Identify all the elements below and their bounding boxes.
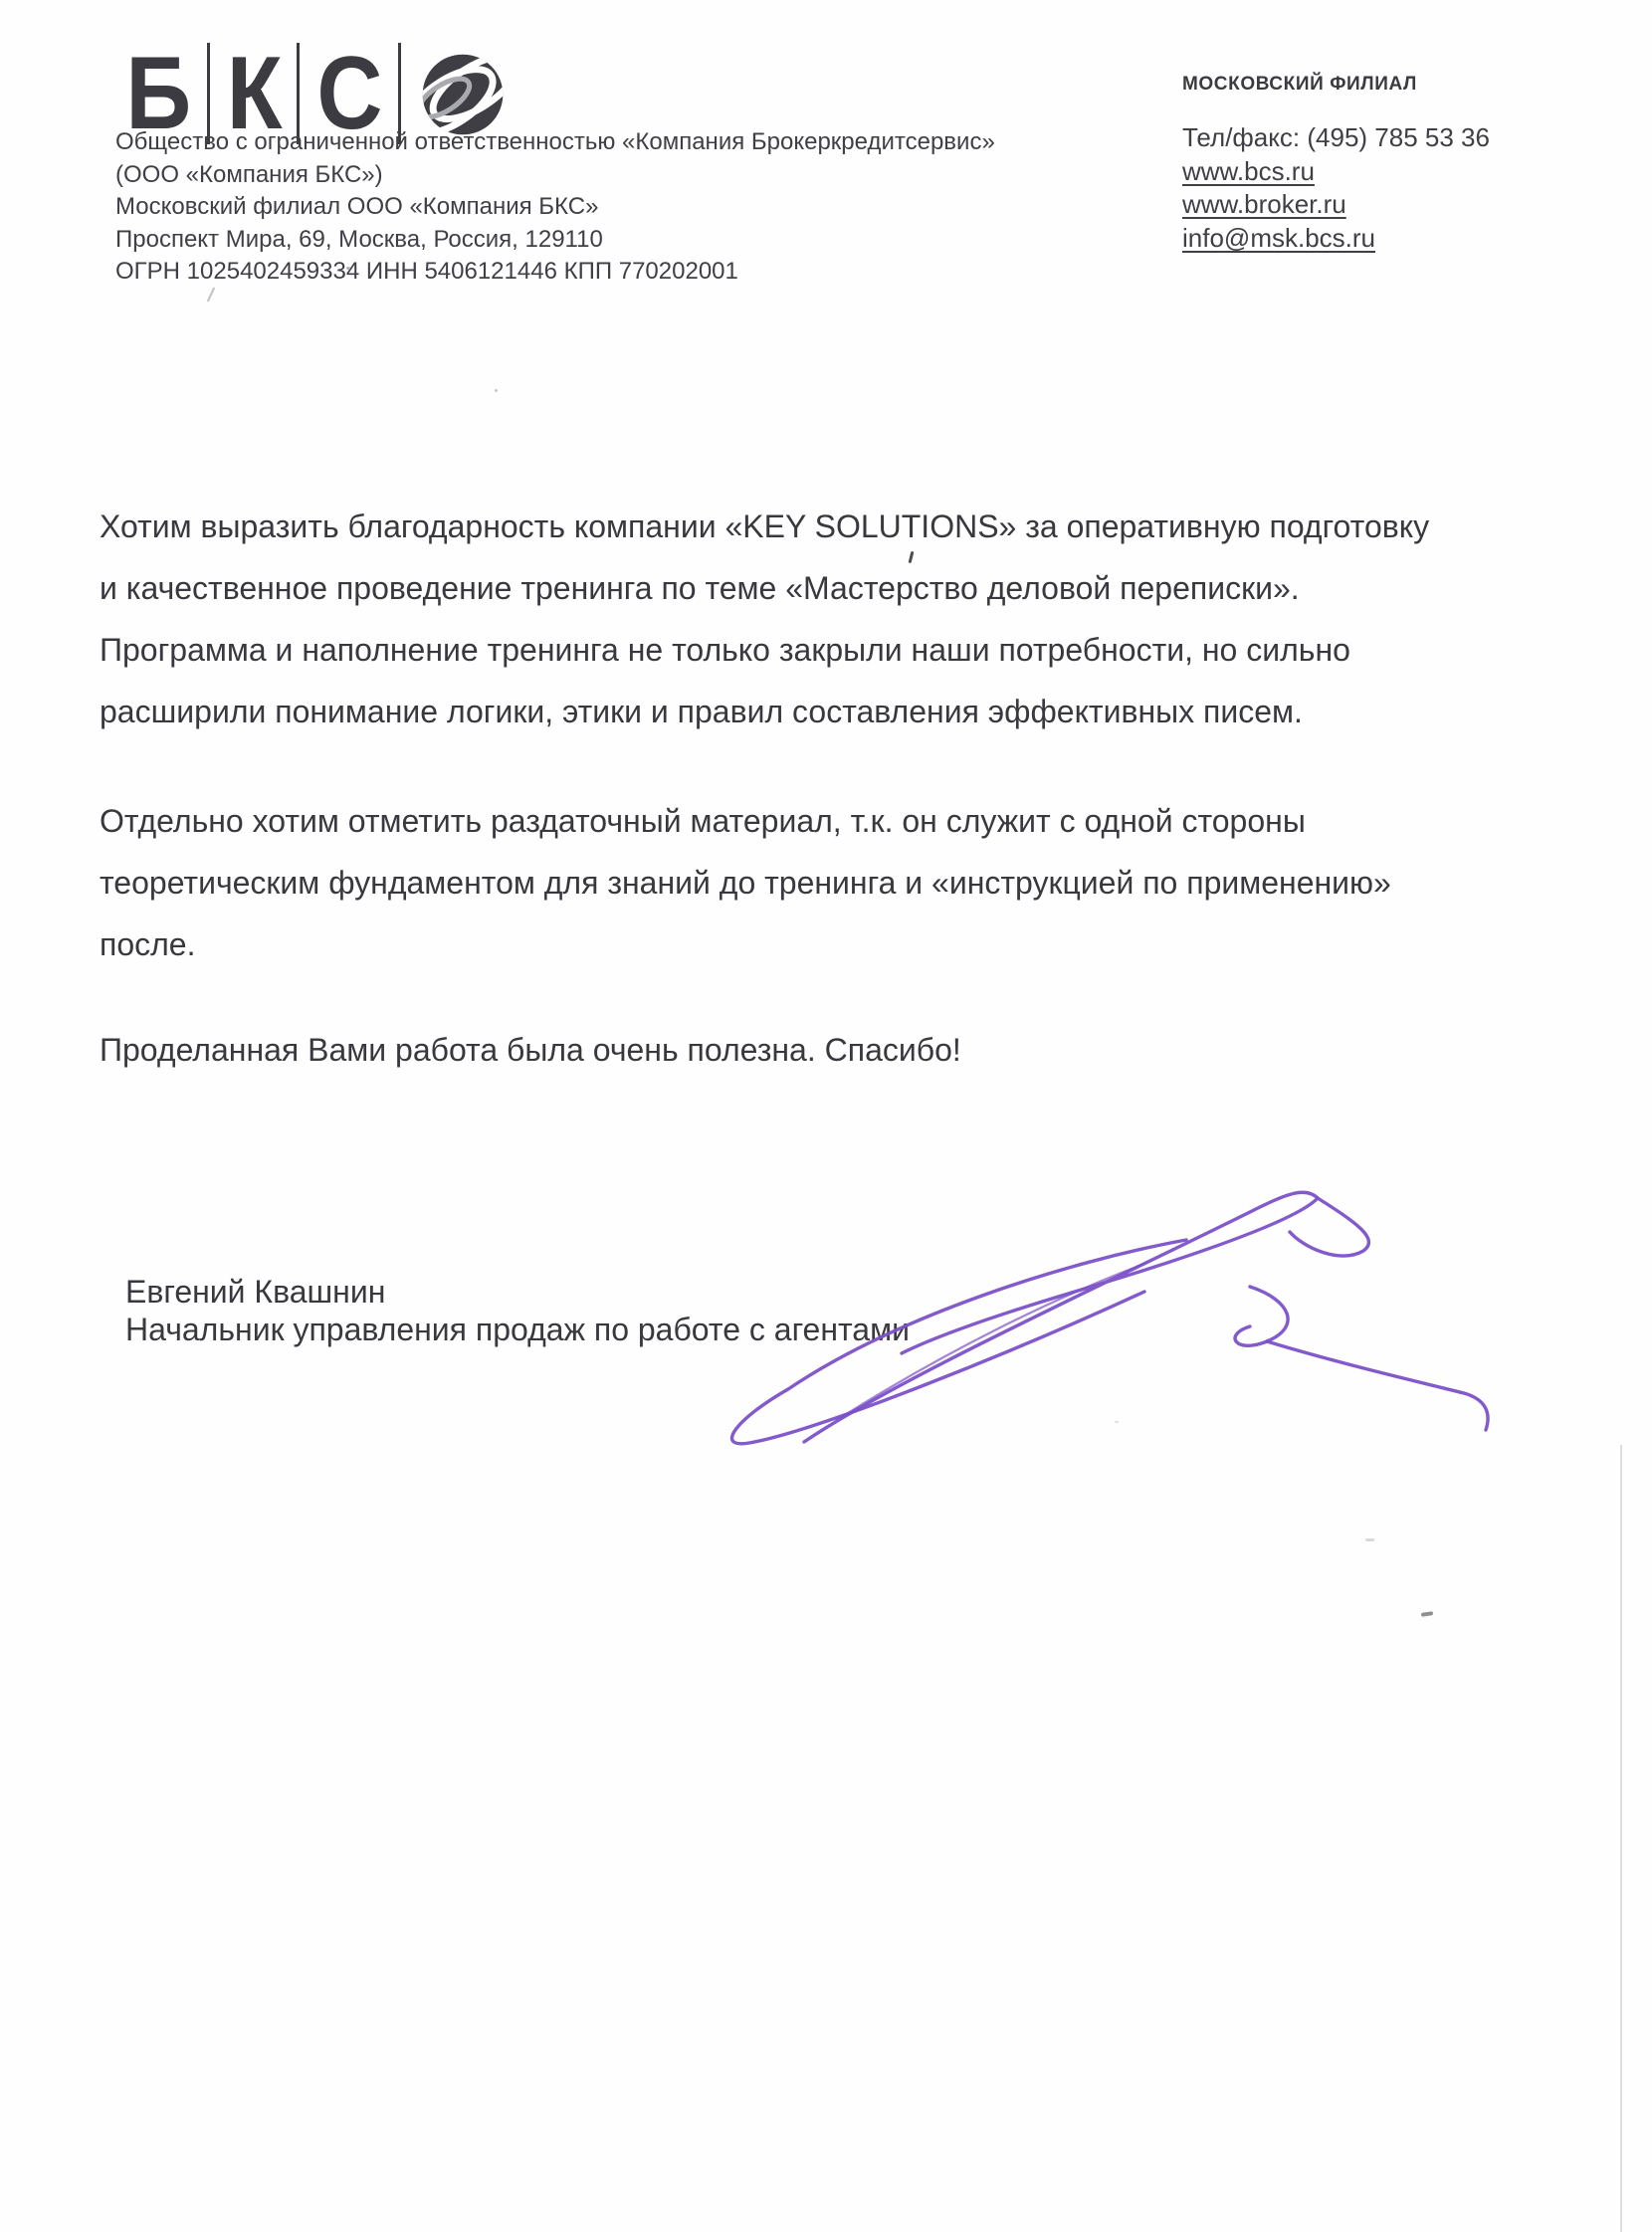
scan-page-edge (1620, 1445, 1622, 2232)
letter-paragraph-2: Отдельно хотим отметить раздаточный мате… (100, 790, 1572, 975)
globe-icon (420, 52, 506, 137)
company-address: Проспект Мира, 69, Москва, Россия, 12911… (115, 224, 995, 257)
branch-title: МОСКОВСКИЙ ФИЛИАЛ (1182, 74, 1600, 96)
link-broker-ru: www.broker.ru (1182, 188, 1346, 222)
scan-artifact (346, 267, 350, 270)
paragraph-line: после. (100, 913, 1572, 975)
paragraph-line: теоретическим фундаментом для знаний до … (100, 852, 1572, 913)
company-full-name: Общество с ограниченной ответственностью… (115, 126, 995, 159)
signature-ink (637, 1176, 1513, 1465)
scan-artifact (1421, 1611, 1433, 1617)
company-branch-line: Московский филиал ООО «Компания БКС» (115, 191, 995, 224)
phone-fax-line: Тел/факс: (495) 785 53 36 (1182, 121, 1600, 155)
scan-artifact (1115, 1421, 1119, 1423)
letter-paragraph-1: Хотим выразить благодарность компании «K… (100, 496, 1572, 742)
scan-artifact (207, 287, 216, 302)
paragraph-line: Программа и наполнение тренинга не тольк… (100, 619, 1572, 681)
paragraph-line: Отдельно хотим отметить раздаточный мате… (100, 790, 1572, 852)
scan-artifact (1365, 1538, 1374, 1541)
branch-contacts-block: МОСКОВСКИЙ ФИЛИАЛ Тел/факс: (495) 785 53… (1182, 74, 1600, 255)
paragraph-line: и качественное проведение тренинга по те… (100, 557, 1572, 619)
link-bcs-ru: www.bcs.ru (1182, 155, 1315, 189)
company-registration-numbers: ОГРН 1025402459334 ИНН 5406121446 КПП 77… (115, 256, 995, 289)
scanned-letter-page: Б К С Общество с ограниченной ответствен… (0, 0, 1652, 2232)
email-msk-bcs: info@msk.bcs.ru (1182, 222, 1375, 256)
paragraph-line: Проделанная Вами работа была очень полез… (100, 1019, 1572, 1081)
company-info-block: Общество с ограниченной ответственностью… (115, 126, 995, 289)
scan-artifact (495, 389, 498, 392)
paragraph-line: расширили понимание логики, этики и прав… (100, 681, 1572, 742)
company-short-name: (ООО «Компания БКС») (115, 159, 995, 192)
letter-paragraph-3: Проделанная Вами работа была очень полез… (100, 1019, 1572, 1081)
paragraph-line: Хотим выразить благодарность компании «K… (100, 496, 1572, 557)
